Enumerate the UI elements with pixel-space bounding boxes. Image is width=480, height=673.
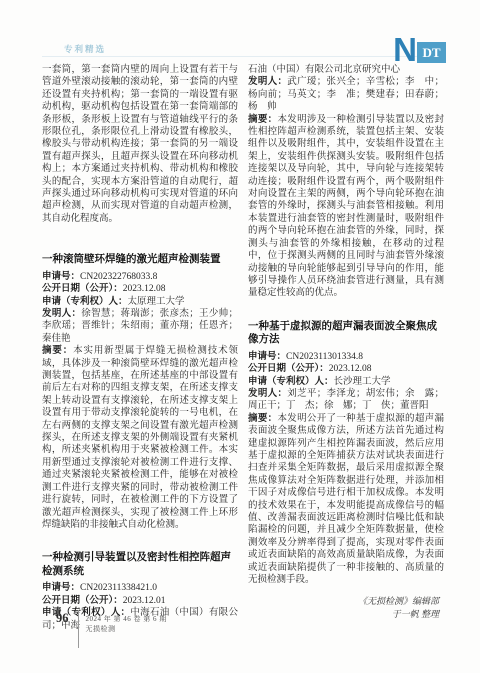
editor-credit: 《无损检测》编辑部于一帆 整理 bbox=[248, 595, 444, 621]
two-column-text: 一套筒，第一套筒内壁的周向上设置有若干与管道外壁滚动接触的滚动轮，第一套筒的内壁… bbox=[42, 64, 444, 632]
page-footer: 96 2024 年 第 46 卷 第 6 期 无损检测 bbox=[56, 610, 167, 648]
field-value: 太原理工大学 bbox=[128, 297, 185, 307]
field-value: 2023.12.08 bbox=[123, 284, 166, 294]
patent-title: 一种基于虚拟源的超声漏表面波全聚焦成像方法 bbox=[248, 320, 444, 347]
field-inventors: 发明人：徐智慧；蒋瑞澎；张彦杰；王少帅；李欣瑶；晋维针；朱绍雨；董亦翔；任恩齐；… bbox=[42, 308, 238, 345]
credit-line-2: 于一帆 整理 bbox=[392, 609, 439, 619]
left-column: 一套筒，第一套筒内壁的周向上设置有若干与管道外壁滚动接触的滚动轮，第一套筒的内壁… bbox=[42, 64, 238, 632]
field-value: 本实用新型属于焊缝无损检测技术领域，具体涉及一种滚筒壁环焊缝的激光超声检测装置，… bbox=[42, 346, 238, 530]
field-application-number: 申请号：CN202311301334.8 bbox=[248, 351, 444, 363]
field-label: 发明人： bbox=[42, 308, 81, 319]
ndt-logo: N DT bbox=[393, 36, 446, 63]
field-label: 发明人： bbox=[248, 388, 287, 399]
field-value: 本发明公开了一种基于虚拟源的超声漏表面波全聚焦成像方法，所述方法首先通过构建虚拟… bbox=[248, 414, 444, 585]
ndt-logo-dt-box: DT bbox=[417, 42, 446, 63]
issue-line-2: 无损检测 bbox=[86, 625, 167, 635]
patent-title: 一种检测引导装置以及密封性相控阵超声检测系统 bbox=[42, 551, 238, 578]
field-publication-date: 公开日期（公开）：2023.12.01 bbox=[42, 595, 238, 607]
patent-title: 一种滚筒壁环焊缝的激光超声检测装置 bbox=[42, 253, 238, 267]
field-abstract: 摘要：本实用新型属于焊缝无损检测技术领域，具体涉及一种滚筒壁环焊缝的激光超声检测… bbox=[42, 345, 238, 531]
section-label: 专利精选 bbox=[64, 43, 106, 55]
field-abstract: 摘要：本发明公开了一种基于虚拟源的超声漏表面波全聚焦成像方法，所述方法首先通过构… bbox=[248, 413, 444, 587]
field-value: 长沙理工大学 bbox=[334, 377, 391, 387]
field-label: 申请号： bbox=[42, 582, 80, 593]
field-label: 公开日期（公开）： bbox=[42, 283, 123, 294]
field-applicant: 申请（专利权）人：太原理工大学 bbox=[42, 296, 238, 308]
field-label: 发明人： bbox=[248, 76, 287, 87]
field-value: CN202311301334.8 bbox=[286, 352, 363, 362]
field-value: 2023.12.01 bbox=[123, 596, 166, 606]
field-applicant: 申请（专利权）人：长沙理工大学 bbox=[248, 376, 444, 388]
continued-paragraph: 一套筒，第一套筒内壁的周向上设置有若干与管道外壁滚动接触的滚动轮，第一套筒的内壁… bbox=[42, 64, 238, 225]
field-label: 摘要： bbox=[248, 413, 277, 424]
field-label: 申请号： bbox=[42, 271, 80, 282]
field-application-number: 申请号：CN202322768033.8 bbox=[42, 271, 238, 283]
field-value: CN202322768033.8 bbox=[80, 272, 157, 282]
field-label: 摘要： bbox=[248, 114, 277, 125]
page-number: 96 bbox=[56, 611, 69, 626]
field-value: 2023.12.08 bbox=[329, 364, 372, 374]
field-publication-date: 公开日期（公开）：2023.12.08 bbox=[42, 283, 238, 295]
field-value: CN202311338421.0 bbox=[80, 583, 157, 593]
field-label: 申请（专利权）人： bbox=[248, 376, 334, 387]
right-column: 石油（中国）有限公司北京研究中心 发明人：武广瑷；张兴全；辛雪松；李 中；杨向前… bbox=[248, 64, 444, 632]
field-inventors: 发明人：刘芝平；李泽龙；胡宏伟；余 露；周正干；丁 杰；徐 娜；丁 侠；董晋阳 bbox=[248, 388, 444, 413]
field-application-number: 申请号：CN202311338421.0 bbox=[42, 582, 238, 594]
field-inventors: 发明人：武广瑷；张兴全；辛雪松；李 中；杨向前；马英文；李 准；樊建春；田春蔚；… bbox=[248, 76, 444, 113]
field-label: 摘要： bbox=[42, 345, 73, 356]
issue-line-1: 2024 年 第 46 卷 第 6 期 bbox=[86, 615, 167, 625]
field-label: 申请号： bbox=[248, 351, 286, 362]
field-label: 申请（专利权）人： bbox=[42, 296, 128, 307]
header-rule bbox=[42, 56, 443, 57]
footer-divider bbox=[78, 610, 79, 648]
field-abstract: 摘要：本发明涉及一种检测引导装置以及密封性相控阵超声检测系统，装置包括主架、安装… bbox=[248, 114, 444, 300]
field-value: 本发明涉及一种检测引导装置以及密封性相控阵超声检测系统，装置包括主架、安装组件以… bbox=[248, 115, 444, 299]
credit-line-1: 《无损检测》编辑部 bbox=[358, 596, 439, 606]
journal-issue-info: 2024 年 第 46 卷 第 6 期 无损检测 bbox=[86, 610, 167, 634]
field-label: 公开日期（公开）： bbox=[42, 595, 123, 606]
continued-applicant-line: 石油（中国）有限公司北京研究中心 bbox=[248, 64, 444, 76]
field-publication-date: 公开日期（公开）：2023.12.08 bbox=[248, 363, 444, 375]
journal-page: 专利精选 N DT 一套筒，第一套筒内壁的周向上设置有若干与管道外壁滚动接触的滚… bbox=[0, 0, 480, 673]
ndt-logo-n: N bbox=[393, 36, 416, 63]
field-label: 公开日期（公开）： bbox=[248, 363, 329, 374]
